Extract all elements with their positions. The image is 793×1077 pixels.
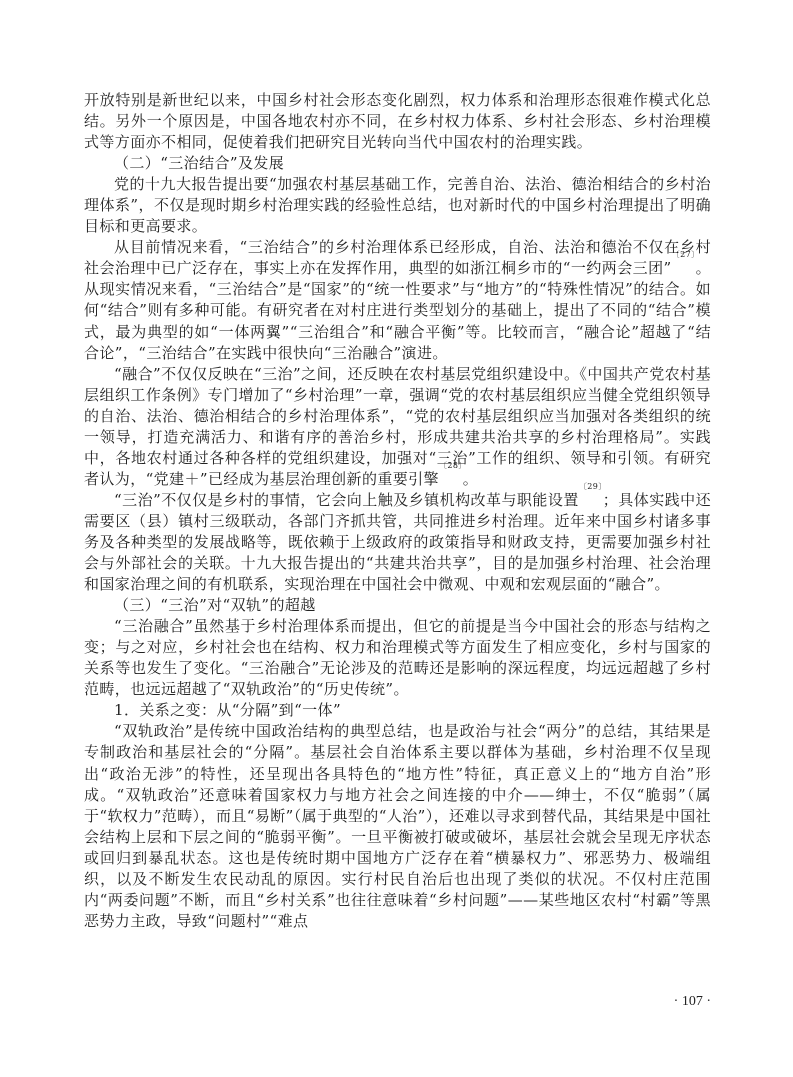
paragraph-text: 从目前情况来看，“三治结合”的乡村治理体系已经形成，自治、法治和德治不仅在乡村社… [84,238,711,277]
paragraph-continued: 开放特别是新世纪以来，中国乡村社会形态变化剧烈，权力体系和治理形态很难作模式化总… [84,90,711,153]
citation-ref-29: 〔29〕 [579,482,603,491]
paragraph: 从目前情况来看，“三治结合”的乡村治理体系已经形成，自治、法治和德治不仅在乡村社… [84,237,711,363]
paragraph: “融合”不仅仅反映在“三治”之间，还反映在农村基层党组织建设中。《中国共产党农村… [84,364,711,490]
paragraph-text: “三治”不仅仅是乡村的事情，它会向上触及乡镇机构改革与职能设置 [114,491,579,509]
section-heading-3: （三）“三治”对“双轨”的超越 [84,595,711,616]
paragraph-text: “融合”不仅仅反映在“三治”之间，还反映在农村基层党组织建设中。《中国共产党农村… [84,365,711,488]
section-heading-2: （二）“三治结合”及发展 [84,153,711,174]
subsection-heading-1: 1．关系之变：从“分隔”到“一体” [84,700,711,721]
paragraph: “三治”不仅仅是乡村的事情，它会向上触及乡镇机构改革与职能设置〔29〕；具体实践… [84,490,711,595]
paragraph-text: 。 [463,470,478,488]
citation-ref-27: 〔27〕 [672,250,696,259]
paragraph: “双轨政治”是传统中国政治结构的典型总结，也是政治与社会“两分”的总结，其结果是… [84,721,711,931]
article-body: 开放特别是新世纪以来，中国乡村社会形态变化剧烈，权力体系和治理形态很难作模式化总… [84,90,711,932]
paragraph: “三治融合”虽然基于乡村治理体系而提出，但它的前提是当今中国社会的形态与结构之变… [84,616,711,700]
citation-ref-28: 〔28〕 [439,461,463,470]
page-number: · 107 · [655,994,711,1010]
paragraph: 党的十九大报告提出要“加强农村基层基础工作，完善自治、法治、德治相结合的乡村治理… [84,174,711,237]
